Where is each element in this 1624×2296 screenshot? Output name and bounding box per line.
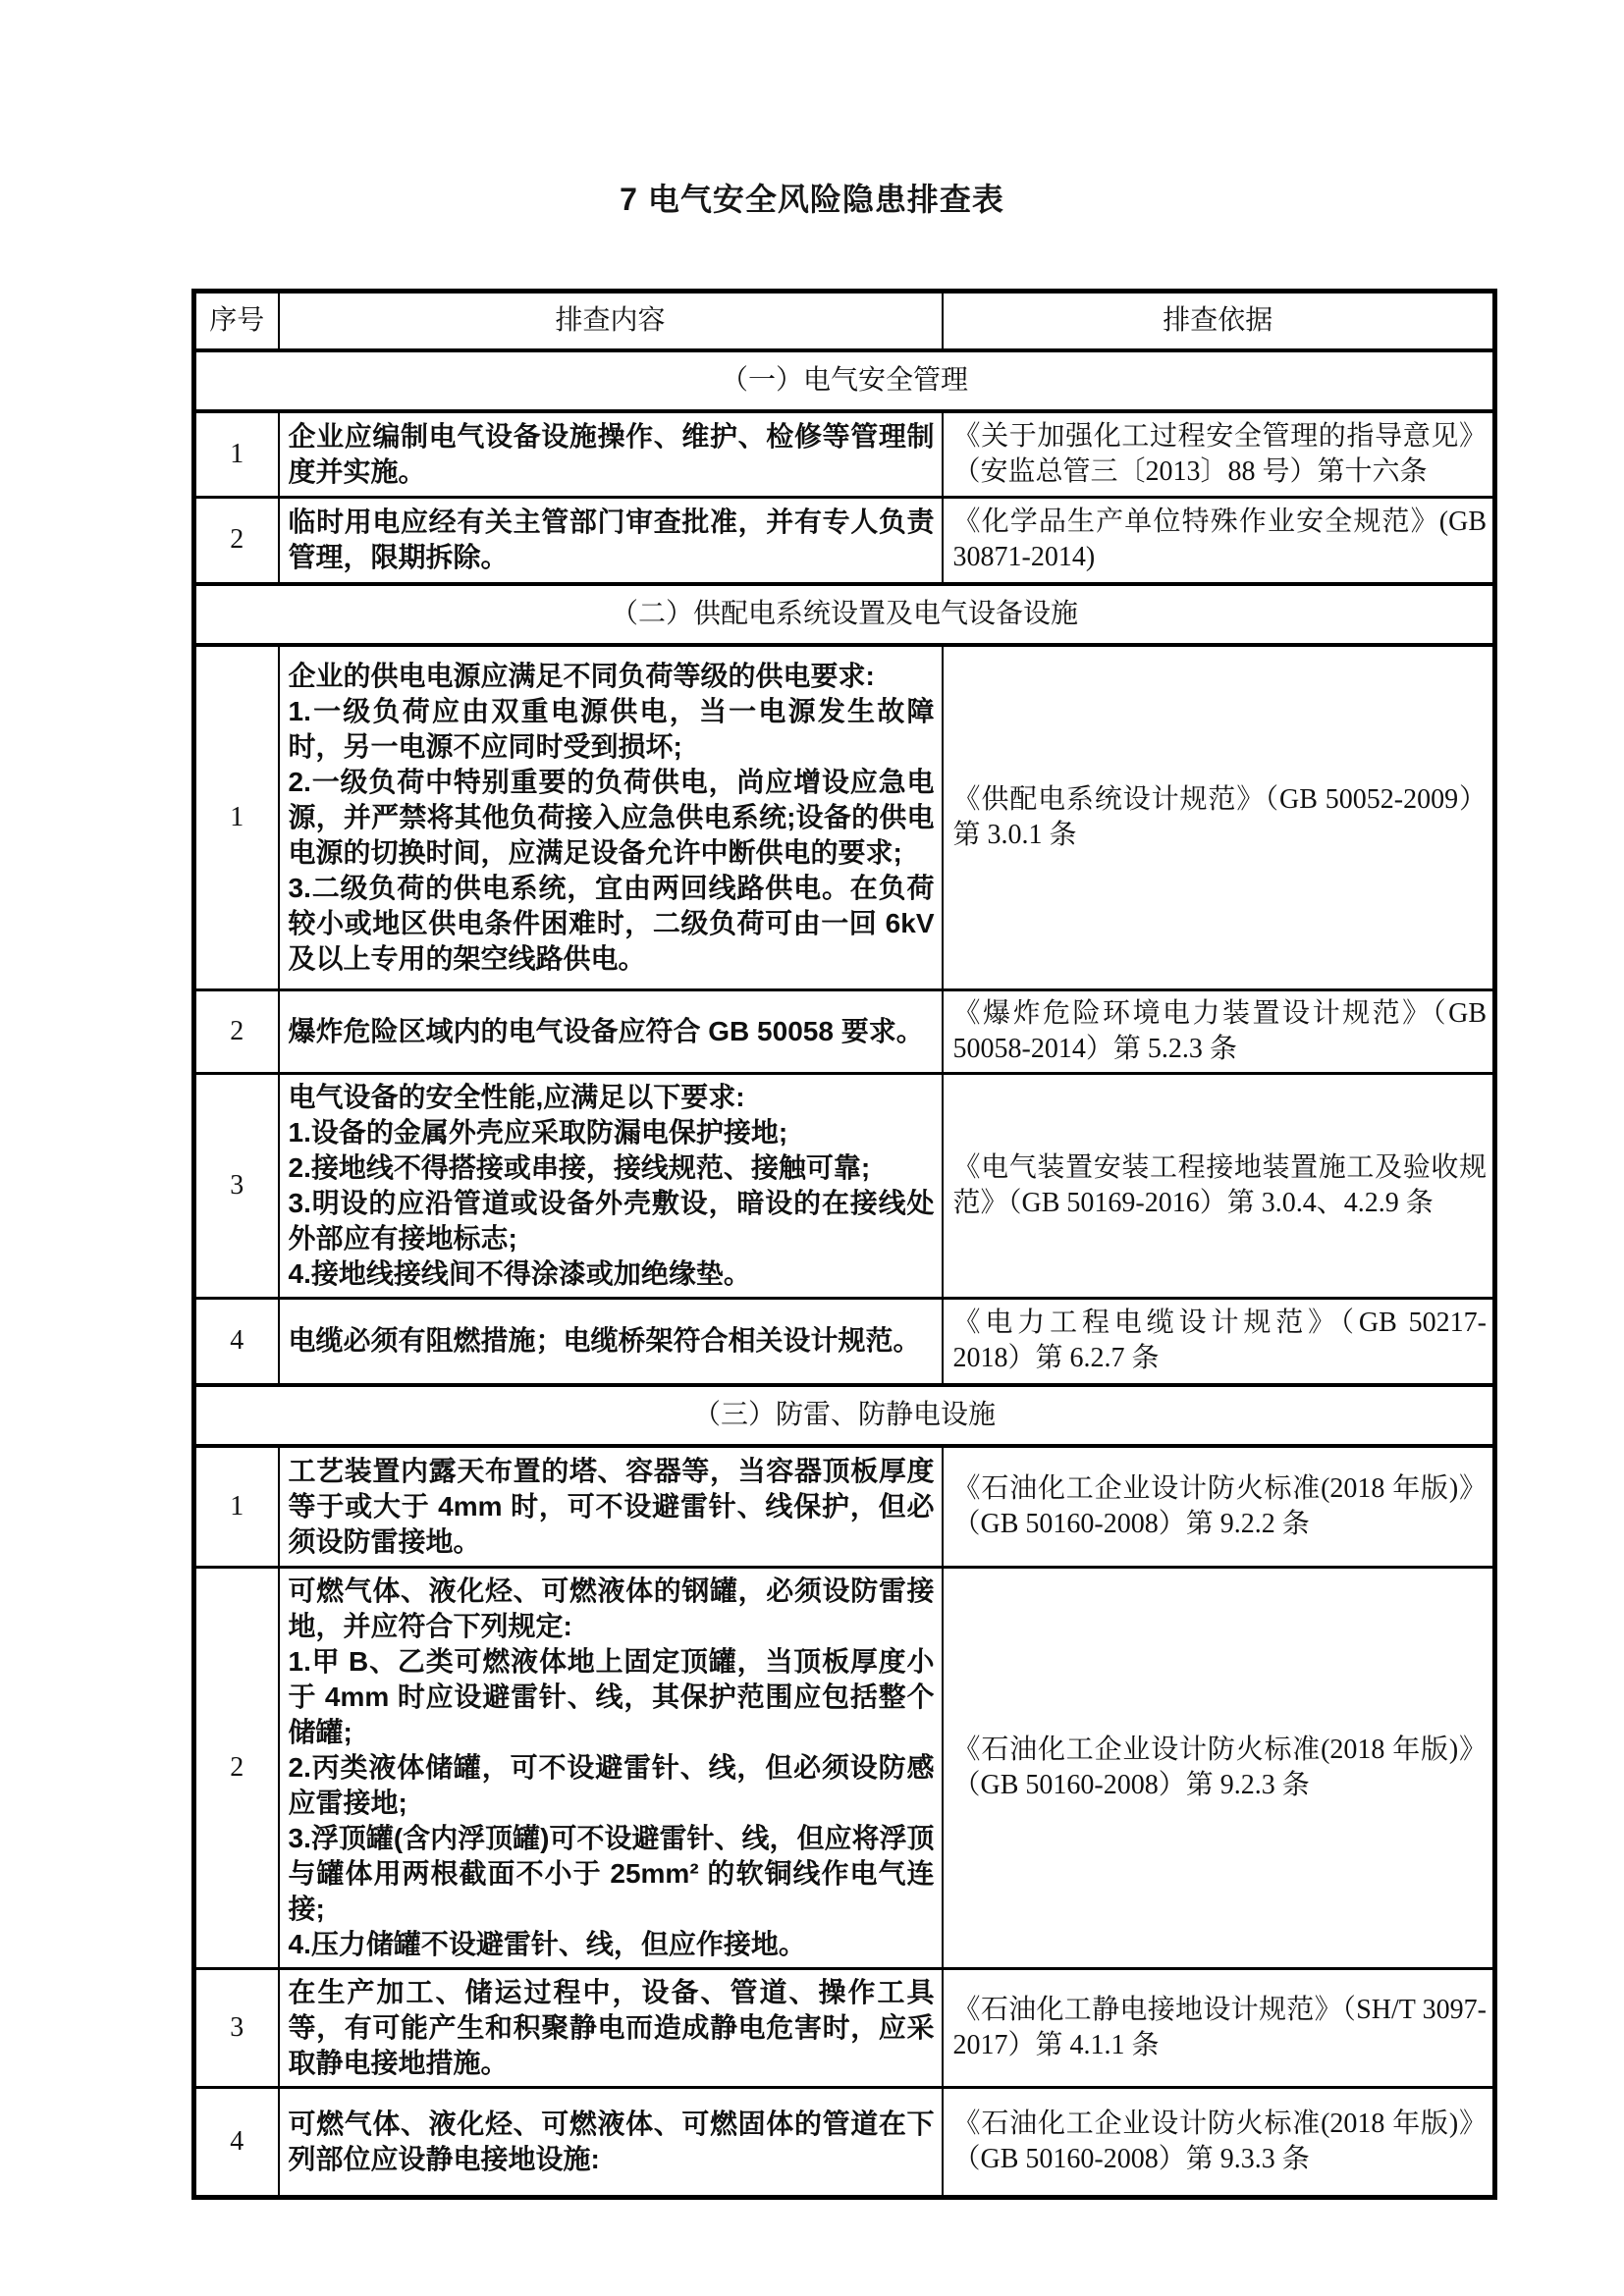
cell-content: 可燃气体、液化烃、可燃液体、可燃固体的管道在下列部位应设静电接地设施: bbox=[279, 2088, 943, 2198]
cell-basis: 《石油化工企业设计防火标准(2018 年版)》（GB 50160-2008）第 … bbox=[943, 1568, 1495, 1969]
section-label: （三）防雷、防静电设施 bbox=[194, 1385, 1495, 1446]
cell-basis: 《石油化工静电接地设计规范》（SH/T 3097-2017）第 4.1.1 条 bbox=[943, 1969, 1495, 2088]
cell-content: 企业的供电电源应满足不同负荷等级的供电要求: 1.一级负荷应由双重电源供电，当一… bbox=[279, 645, 943, 990]
cell-basis: 《关于加强化工过程安全管理的指导意见》（安监总管三〔2013〕88 号）第十六条 bbox=[943, 411, 1495, 498]
table-row: 1 工艺装置内露天布置的塔、容器等，当容器顶板厚度等于或大于 4mm 时，可不设… bbox=[194, 1446, 1495, 1568]
section-row: （二）供配电系统设置及电气设备设施 bbox=[194, 584, 1495, 645]
cell-content: 可燃气体、液化烃、可燃液体的钢罐，必须设防雷接地，并应符合下列规定: 1.甲 B… bbox=[279, 1568, 943, 1969]
cell-num: 1 bbox=[194, 411, 279, 498]
cell-basis: 《石油化工企业设计防火标准(2018 年版)》（GB 50160-2008）第 … bbox=[943, 2088, 1495, 2198]
cell-content: 企业应编制电气设备设施操作、维护、检修等管理制度并实施。 bbox=[279, 411, 943, 498]
cell-content: 爆炸危险区域内的电气设备应符合 GB 50058 要求。 bbox=[279, 990, 943, 1074]
cell-num: 2 bbox=[194, 498, 279, 584]
table-row: 2 可燃气体、液化烃、可燃液体的钢罐，必须设防雷接地，并应符合下列规定: 1.甲… bbox=[194, 1568, 1495, 1969]
cell-num: 2 bbox=[194, 990, 279, 1074]
cell-content: 临时用电应经有关主管部门审查批准，并有专人负责管理，限期拆除。 bbox=[279, 498, 943, 584]
table-row: 4 电缆必须有阻燃措施；电缆桥架符合相关设计规范。 《电力工程电缆设计规范》（G… bbox=[194, 1299, 1495, 1385]
cell-num: 3 bbox=[194, 1074, 279, 1299]
header-row: 序号 排查内容 排查依据 bbox=[194, 292, 1495, 350]
cell-basis: 《供配电系统设计规范》（GB 50052-2009）第 3.0.1 条 bbox=[943, 645, 1495, 990]
table-row: 1 企业的供电电源应满足不同负荷等级的供电要求: 1.一级负荷应由双重电源供电，… bbox=[194, 645, 1495, 990]
cell-num: 2 bbox=[194, 1568, 279, 1969]
cell-basis: 《电力工程电缆设计规范》（GB 50217-2018）第 6.2.7 条 bbox=[943, 1299, 1495, 1385]
cell-num: 3 bbox=[194, 1969, 279, 2088]
section-label: （二）供配电系统设置及电气设备设施 bbox=[194, 584, 1495, 645]
cell-num: 1 bbox=[194, 1446, 279, 1568]
col-header-basis: 排查依据 bbox=[943, 292, 1495, 350]
table-row: 2 临时用电应经有关主管部门审查批准，并有专人负责管理，限期拆除。 《化学品生产… bbox=[194, 498, 1495, 584]
cell-num: 1 bbox=[194, 645, 279, 990]
cell-content: 在生产加工、储运过程中，设备、管道、操作工具等，有可能产生和积聚静电而造成静电危… bbox=[279, 1969, 943, 2088]
cell-content: 电气设备的安全性能,应满足以下要求: 1.设备的金属外壳应采取防漏电保护接地; … bbox=[279, 1074, 943, 1299]
section-label: （一）电气安全管理 bbox=[194, 350, 1495, 411]
cell-basis: 《化学品生产单位特殊作业安全规范》(GB 30871-2014) bbox=[943, 498, 1495, 584]
section-row: （三）防雷、防静电设施 bbox=[194, 1385, 1495, 1446]
page-title: 7 电气安全风险隐患排查表 bbox=[0, 0, 1624, 220]
table-row: 3 在生产加工、储运过程中，设备、管道、操作工具等，有可能产生和积聚静电而造成静… bbox=[194, 1969, 1495, 2088]
cell-num: 4 bbox=[194, 2088, 279, 2198]
inspection-table: 序号 排查内容 排查依据 （一）电气安全管理 1 企业应编制电气设备设施操作、维… bbox=[191, 289, 1497, 2200]
section-row: （一）电气安全管理 bbox=[194, 350, 1495, 411]
table-row: 2 爆炸危险区域内的电气设备应符合 GB 50058 要求。 《爆炸危险环境电力… bbox=[194, 990, 1495, 1074]
cell-basis: 《电气装置安装工程接地装置施工及验收规范》（GB 50169-2016）第 3.… bbox=[943, 1074, 1495, 1299]
cell-basis: 《石油化工企业设计防火标准(2018 年版)》（GB 50160-2008）第 … bbox=[943, 1446, 1495, 1568]
cell-content: 工艺装置内露天布置的塔、容器等，当容器顶板厚度等于或大于 4mm 时，可不设避雷… bbox=[279, 1446, 943, 1568]
cell-num: 4 bbox=[194, 1299, 279, 1385]
table-row: 1 企业应编制电气设备设施操作、维护、检修等管理制度并实施。 《关于加强化工过程… bbox=[194, 411, 1495, 498]
cell-content: 电缆必须有阻燃措施；电缆桥架符合相关设计规范。 bbox=[279, 1299, 943, 1385]
table-row: 3 电气设备的安全性能,应满足以下要求: 1.设备的金属外壳应采取防漏电保护接地… bbox=[194, 1074, 1495, 1299]
table-row: 4 可燃气体、液化烃、可燃液体、可燃固体的管道在下列部位应设静电接地设施: 《石… bbox=[194, 2088, 1495, 2198]
col-header-num: 序号 bbox=[194, 292, 279, 350]
cell-basis: 《爆炸危险环境电力装置设计规范》（GB 50058-2014）第 5.2.3 条 bbox=[943, 990, 1495, 1074]
col-header-content: 排查内容 bbox=[279, 292, 943, 350]
